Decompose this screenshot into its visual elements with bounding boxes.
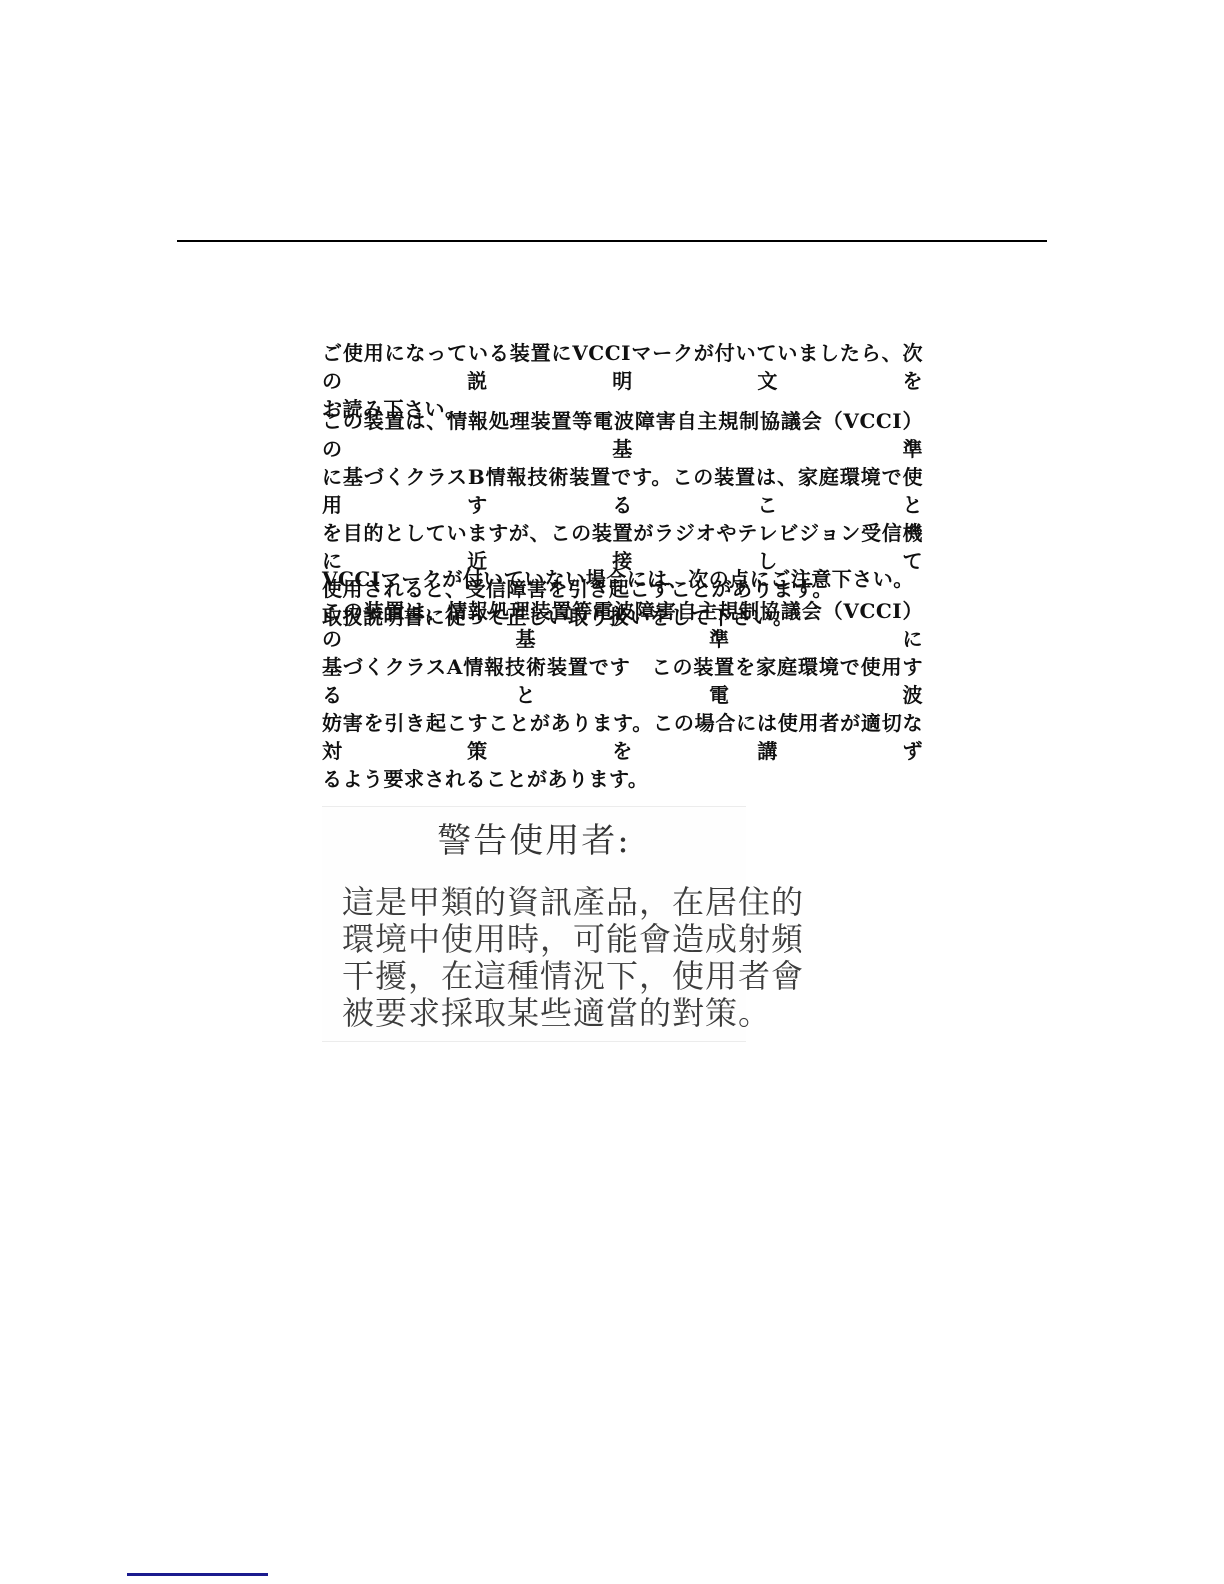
vcci-class-a-paragraph: この装置は、情報処理装置等電波障害自主規制協議会（VCCI）の基準に 基づくクラ…	[322, 597, 923, 793]
text-line: 這是甲類的資訊產品，在居住的	[342, 884, 746, 921]
text-line: この装置は、情報処理装置等電波障害自主規制協議会（VCCI）の基準	[322, 407, 923, 463]
manual-page: ご使用になっている装置にVCCIマークが付いていましたら、次の説明文を お読み下…	[0, 0, 1224, 1584]
text-line: に基づくクラスB情報技術装置です。この装置は、家庭環境で使用すること	[322, 463, 923, 519]
class-a-warning-image-zh: 警告使用者: 這是甲類的資訊產品，在居住的 環境中使用時，可能會造成射頻 干擾，…	[322, 806, 746, 1042]
header-rule	[177, 240, 1047, 242]
text-line: この装置は、情報処理装置等電波障害自主規制協議会（VCCI）の基準に	[322, 597, 923, 653]
text-line: 基づくクラスA情報技術装置です この装置を家庭環境で使用すると電波	[322, 653, 923, 709]
text-line: 被要求採取某些適當的對策。	[342, 995, 746, 1032]
text-line: ご使用になっている装置にVCCIマークが付いていましたら、次の説明文を	[322, 339, 923, 395]
warning-body: 這是甲類的資訊產品，在居住的 環境中使用時，可能會造成射頻 干擾，在這種情況下，…	[322, 884, 746, 1032]
text-line: るよう要求されることがあります。	[322, 765, 923, 793]
text-line: VCCIマークが付いていない場合には、次の点にご注意下さい。	[322, 565, 923, 593]
warning-heading: 警告使用者:	[322, 821, 746, 861]
text-line: 妨害を引き起こすことがあります。この場合には使用者が適切な対策を講ず	[322, 709, 923, 765]
text-line: 干擾，在這種情況下，使用者會	[342, 958, 746, 995]
vcci-no-mark-paragraph: VCCIマークが付いていない場合には、次の点にご注意下さい。	[322, 565, 923, 593]
text-line: 環境中使用時，可能會造成射頻	[342, 921, 746, 958]
footer-link-underline[interactable]	[127, 1573, 268, 1576]
